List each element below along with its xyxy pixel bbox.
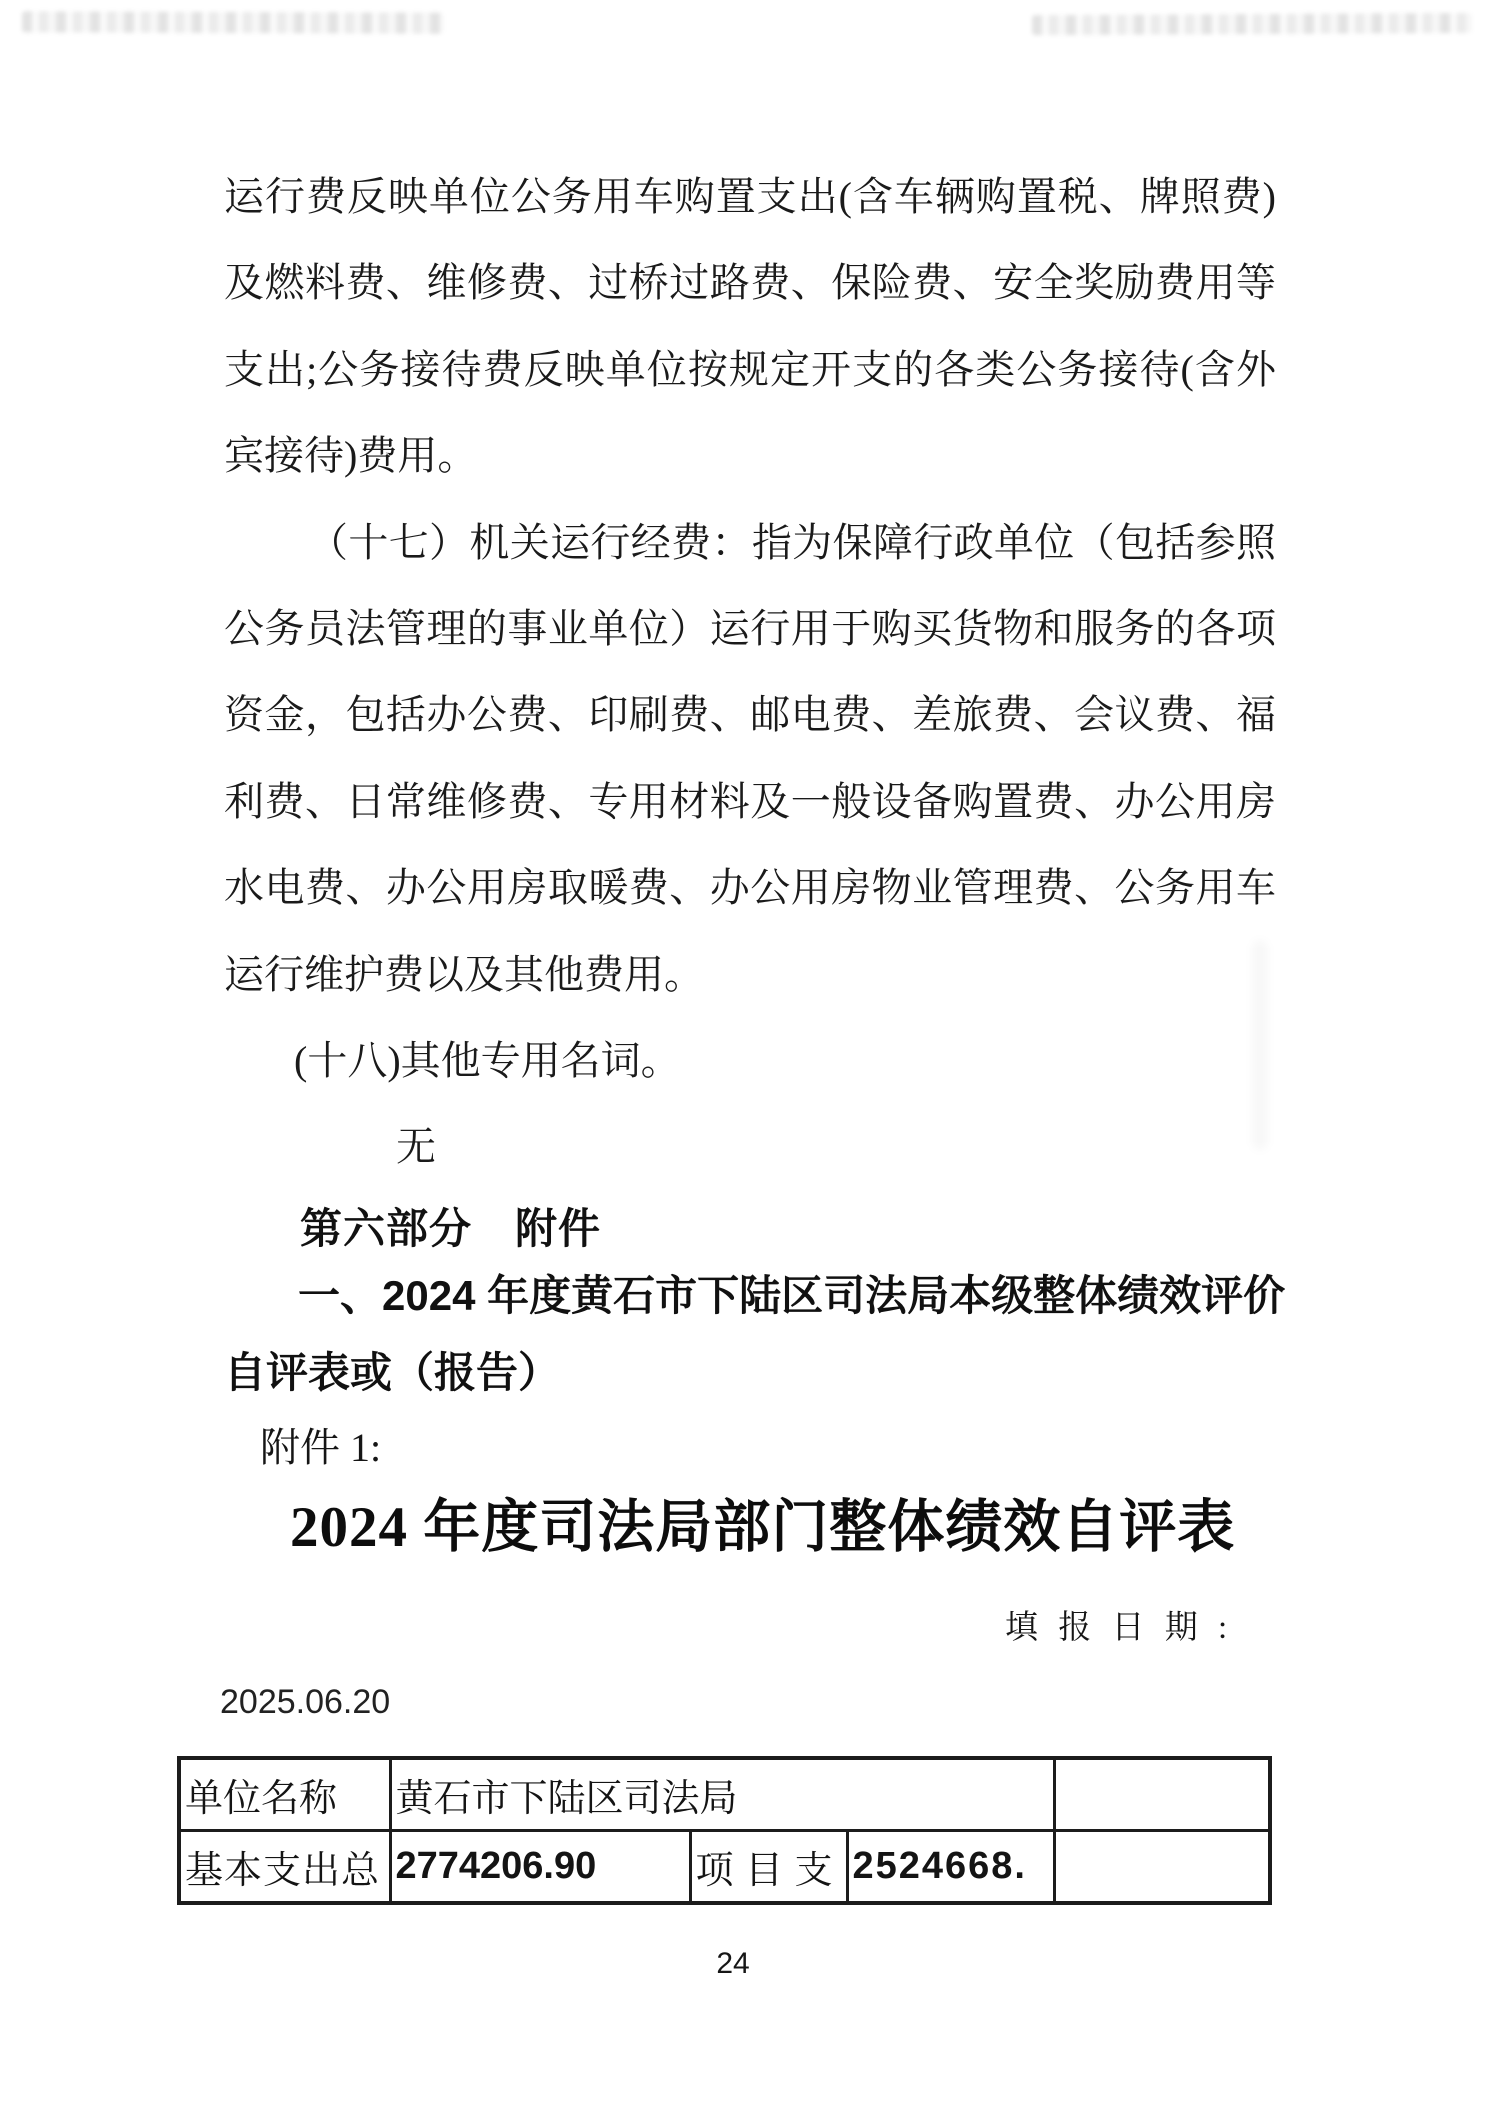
body-line: 水电费、办公用房取暖费、办公用房物业管理费、公务用车 [224,845,1276,931]
body-line: 无 [224,1104,1276,1190]
body-line: 利费、日常维修费、专用材料及一般设备购置费、办公用房 [224,759,1276,845]
scan-artifact-top-right [1032,13,1472,35]
table-row-expense: 基本支出总 2774206.90 项 目 支 2524668. [179,1830,1270,1903]
basic-expense-value-cell: 2774206.90 [390,1830,690,1903]
fill-date-label: 填 报 日 期 : [1005,1608,1233,1648]
body-line: 运行费反映单位公务用车购置支出(含车辆购置税、牌照费) [224,154,1276,240]
body-line: 宾接待)费用。 [224,413,1276,499]
body-line: 资金，包括办公费、印刷费、邮电费、差旅费、会议费、福 [224,672,1276,758]
attachment-number-label: 附件 1: [224,1421,381,1475]
performance-summary-table: 单位名称 黄石市下陆区司法局 基本支出总 2774206.90 项 目 支 25… [177,1756,1272,1905]
body-line: （十七）机关运行经费：指为保障行政单位（包括参照 [224,500,1276,586]
body-line: 运行维护费以及其他费用。 [224,932,1276,1018]
unit-name-value-cell: 黄石市下陆区司法局 [390,1758,1054,1830]
body-line: 支出;公务接待费反映单位按规定开支的各类公务接待(含外 [224,327,1276,413]
body-line: (十八)其他专用名词。 [224,1018,1276,1104]
basic-expense-label-cell: 基本支出总 [179,1830,390,1903]
attachment-item-heading-line1: 一、2024 年度黄石市下陆区司法局本级整体绩效评价 [224,1269,1398,1323]
body-text-block: 运行费反映单位公务用车购置支出(含车辆购置税、牌照费) 及燃料费、维修费、过桥过… [224,154,1276,1191]
fill-date-value: 2025.06.20 [220,1682,390,1722]
empty-cell [1054,1830,1270,1903]
table-row-unit-name: 单位名称 黄石市下陆区司法局 [179,1758,1270,1830]
body-line: 公务员法管理的事业单位）运行用于购买货物和服务的各项 [224,586,1276,672]
scan-artifact-top-left [22,11,444,33]
attachment-item-heading-line2: 自评表或（报告） [224,1346,1324,1400]
project-expense-value-cell: 2524668. [847,1830,1054,1903]
project-expense-label-cell: 项 目 支 [690,1830,847,1903]
empty-cell [1054,1758,1270,1830]
section-heading-part6: 第六部分 附件 [224,1202,1400,1256]
report-title: 2024 年度司法局部门整体绩效自评表 [224,1496,1390,1560]
body-line: 及燃料费、维修费、过桥过路费、保险费、安全奖励费用等 [224,240,1276,326]
page-number: 24 [683,1946,783,1982]
unit-name-label-cell: 单位名称 [179,1758,390,1830]
scanned-document-page: 运行费反映单位公务用车购置支出(含车辆购置税、牌照费) 及燃料费、维修费、过桥过… [0,0,1492,2107]
